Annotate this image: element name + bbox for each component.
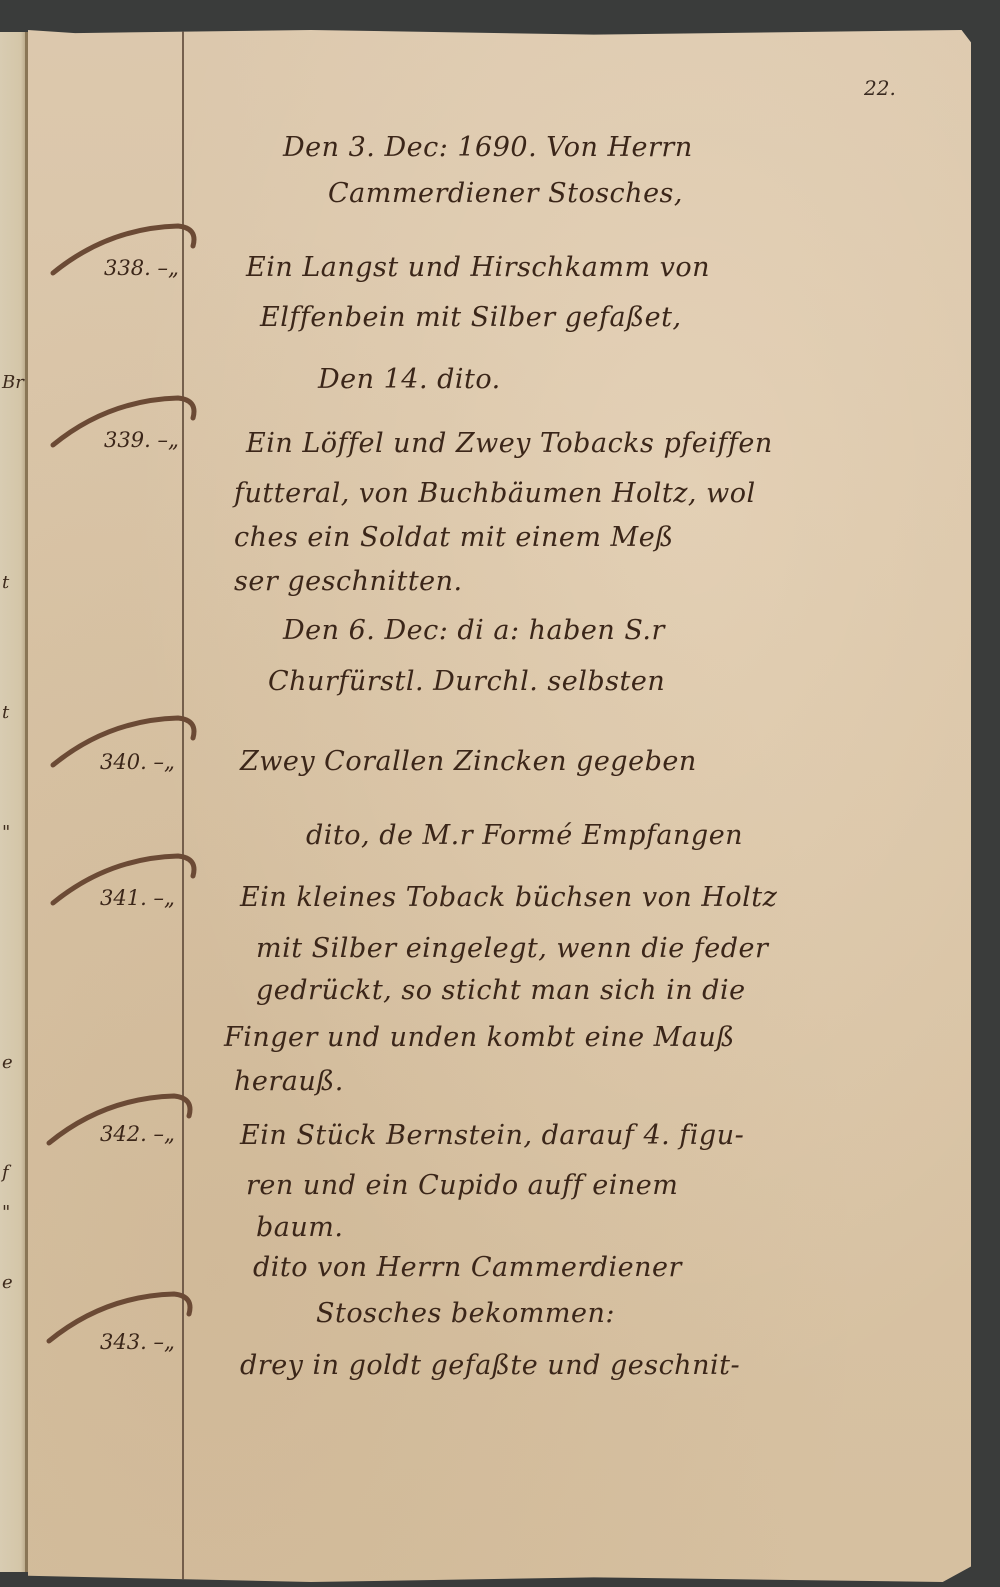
item-number: 342. –„ (100, 1122, 175, 1146)
manuscript-page: 22. Den 3. Dec: 1690. Von Herrn Cammerdi… (28, 30, 971, 1582)
item-text-line: drey in goldt gefaßte und geschnit- (240, 1350, 740, 1381)
item-text-line: futteral, von Buchbäumen Holtz, wol (234, 478, 756, 509)
previous-page-edge: Br t t " e f " e (0, 32, 26, 1572)
heading-line: Cammerdiener Stosches, (328, 178, 683, 209)
heading-line: Den 6. Dec: di a: haben S.r (283, 615, 665, 646)
book-gutter (25, 32, 28, 1572)
item-number: 341. –„ (100, 886, 175, 910)
prev-page-fragment: Br (2, 372, 24, 393)
item-text-line: gedrückt, so sticht man sich in die (256, 975, 746, 1006)
item-text-line: ser geschnitten. (234, 566, 463, 597)
item-text-line: Ein kleines Toback büchsen von Holtz (240, 882, 777, 913)
page-number: 22. (864, 76, 896, 100)
heading-line: Stosches bekommen: (316, 1298, 615, 1329)
prev-page-fragment: f (2, 1162, 9, 1183)
item-number: 340. –„ (100, 750, 175, 774)
item-text-line: herauß. (234, 1066, 344, 1097)
prev-page-fragment: " (2, 1202, 10, 1223)
heading-line: Den 14. dito. (318, 364, 501, 395)
item-text-line: ren und ein Cupido auff einem (246, 1170, 678, 1201)
item-number: 338. –„ (104, 256, 179, 280)
prev-page-fragment: " (2, 822, 10, 843)
item-text-line: Ein Löffel und Zwey Tobacks pfeiffen (246, 428, 773, 459)
item-text-line: mit Silber eingelegt, wenn die feder (256, 933, 768, 964)
heading-line: Churfürstl. Durchl. selbsten (268, 666, 665, 697)
item-text-line: Elffenbein mit Silber gefaßet, (260, 302, 682, 333)
item-text-line: Ein Stück Bernstein, darauf 4. figu- (240, 1120, 744, 1151)
prev-page-fragment: e (2, 1052, 13, 1073)
item-text-line: ches ein Soldat mit einem Meß (234, 522, 674, 553)
item-text-line: dito, de M.r Formé Empfangen (306, 820, 743, 851)
prev-page-fragment: t (2, 572, 9, 593)
item-text-line: Finger und unden kombt eine Mauß (224, 1022, 735, 1053)
item-text-line: Zwey Corallen Zincken gegeben (240, 746, 697, 777)
prev-page-fragment: e (2, 1272, 13, 1293)
item-number: 339. –„ (104, 428, 179, 452)
prev-page-fragment: t (2, 702, 9, 723)
heading-line: Den 3. Dec: 1690. Von Herrn (283, 132, 693, 163)
item-text-line: Ein Langst und Hirschkamm von (246, 252, 710, 283)
item-text-line: baum. (256, 1212, 343, 1243)
item-number: 343. –„ (100, 1330, 175, 1354)
heading-line: dito von Herrn Cammerdiener (253, 1252, 682, 1283)
